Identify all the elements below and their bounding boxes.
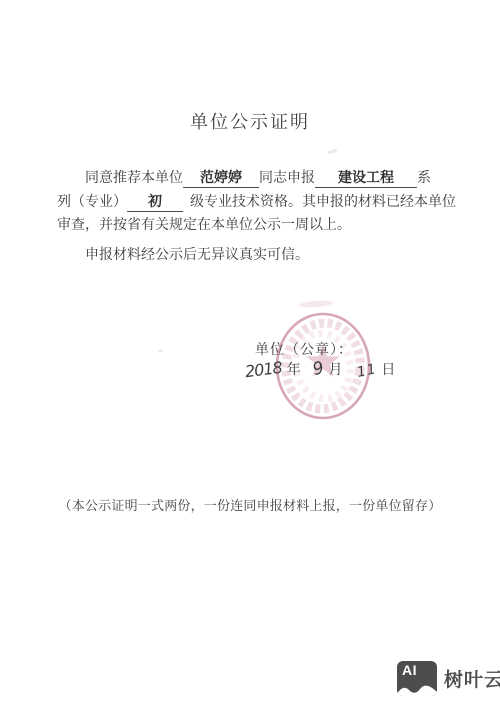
body-line-2: 列（专业）初级专业技术资格。其申报的材料已经本单位: [57, 191, 453, 215]
signature-date: 2018年 9月 11日: [245, 359, 395, 379]
body-line-3: 审查，并按省有关规定在本单位公示一周以上。: [57, 214, 453, 238]
watermark-logo: AI 树叶云: [397, 661, 500, 696]
seal-ink-smudge: [299, 300, 333, 308]
body-line1-mid: 同志申报: [259, 171, 315, 186]
series-field: 建设工程: [315, 170, 417, 188]
unit-seal-label: 单位（公章）：: [255, 339, 353, 359]
body-line2-suffix: 级专业技术资格。其申报的材料已经本单位: [190, 195, 456, 210]
body-line1-prefix: 同意推荐本单位: [85, 171, 183, 186]
mountain-wave-icon: [397, 680, 437, 696]
body-line-4: 申报材料经公示后无异议真实可信。: [57, 244, 453, 268]
body-line-1: 同意推荐本单位范婷婷同志申报建设工程系: [57, 167, 453, 191]
year-unit-label: 年: [287, 359, 301, 379]
logo-ai-text: AI: [402, 662, 417, 678]
month-unit-label: 月: [329, 359, 343, 379]
scan-artifact: [328, 149, 337, 155]
handwritten-month: 9: [310, 358, 326, 380]
body-line2-prefix: 列（专业）: [57, 195, 127, 210]
day-unit-label: 日: [381, 359, 395, 379]
scan-artifact: [158, 350, 163, 352]
level-field: 初: [127, 194, 183, 212]
page-title: 单位公示证明: [0, 108, 500, 134]
body-line1-suffix: 系: [417, 171, 431, 186]
handwritten-year: 2018: [244, 358, 283, 381]
applicant-name-field: 范婷婷: [183, 170, 259, 188]
brand-name: 树叶云: [444, 665, 500, 692]
scanned-certificate-page: 单位公示证明 同意推荐本单位范婷婷同志申报建设工程系 列（专业）初级专业技术资格…: [0, 0, 500, 707]
body-line4-text: 申报材料经公示后无异议真实可信。: [85, 248, 309, 263]
ai-image-logo-icon: AI: [397, 661, 437, 696]
footer-note: （本公示证明一式两份，一份连同申报材料上报，一份单位留存）: [0, 495, 500, 514]
handwritten-day: 11: [355, 361, 378, 381]
certificate-body: 同意推荐本单位范婷婷同志申报建设工程系 列（专业）初级专业技术资格。其申报的材料…: [57, 167, 453, 267]
